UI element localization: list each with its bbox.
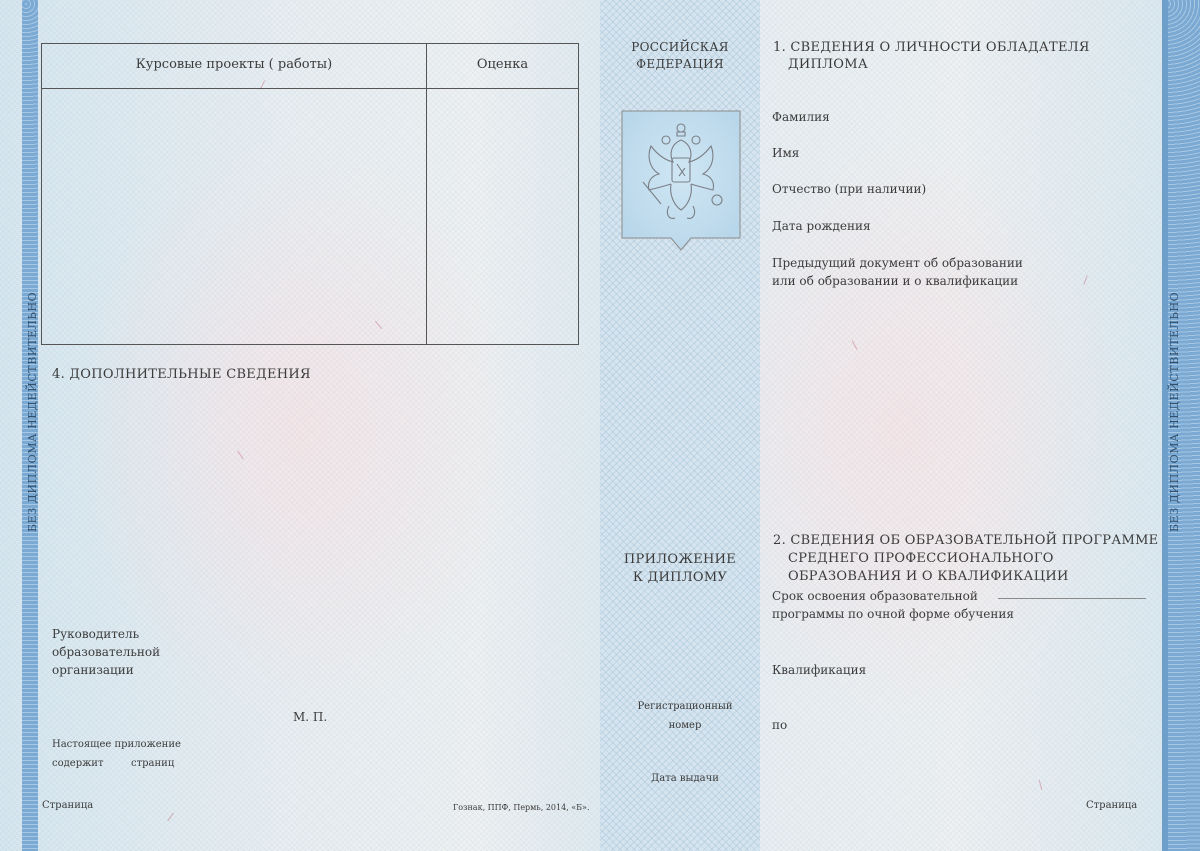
- header-grade: Оценка: [427, 57, 578, 72]
- country-line1: РОССИЙСКАЯ: [600, 40, 760, 54]
- reg-number-label-1: Регистрационный: [600, 701, 770, 712]
- pages-note-pages: страниц: [131, 758, 174, 769]
- section2-title-line1: 2. СВЕДЕНИЯ ОБ ОБРАЗОВАТЕЛЬНОЙ ПРОГРАММЕ: [773, 533, 1158, 548]
- right-strip-text: БЕЗ ДИПЛОМА НЕДЕЙСТВИТЕЛЬНО: [1168, 292, 1181, 532]
- pages-note-line1: Настоящее приложение: [52, 739, 181, 750]
- coursework-cell[interactable]: [42, 89, 426, 344]
- head-label-1: Руководитель: [52, 627, 139, 641]
- left-page-label: Страница: [42, 800, 93, 811]
- pages-note-contains: содержит: [52, 758, 104, 769]
- prev-doc-label-1: Предыдущий документ об образовании: [772, 256, 1023, 270]
- study-period-line[interactable]: [998, 598, 1146, 599]
- printer-imprint: Гознак, ППФ, Пермь, 2014, «Б».: [453, 803, 590, 812]
- qualification-label: Квалификация: [772, 663, 866, 677]
- section2-title-line2: СРЕДНЕГО ПРОФЕССИОНАЛЬНОГО: [788, 551, 1054, 566]
- specialty-prefix: по: [772, 718, 787, 732]
- patronymic-label: Отчество (при наличии): [772, 182, 926, 196]
- section2-title-line3: ОБРАЗОВАНИЯ И О КВАЛИФИКАЦИИ: [788, 569, 1069, 584]
- head-label-2: образовательной: [52, 645, 160, 659]
- section1-title-line1: 1. СВЕДЕНИЯ О ЛИЧНОСТИ ОБЛАДАТЕЛЯ: [773, 40, 1090, 55]
- surname-label: Фамилия: [772, 110, 830, 124]
- appendix-title-line1: ПРИЛОЖЕНИЕ: [600, 552, 760, 567]
- study-period-label-2: программы по очной форме обучения: [772, 607, 1014, 621]
- coursework-table: Курсовые проекты ( работы) Оценка: [41, 43, 579, 345]
- head-label-3: организации: [52, 663, 134, 677]
- issue-date-label: Дата выдачи: [600, 773, 770, 784]
- russian-coat-of-arms-icon: [621, 110, 741, 252]
- right-page-label: Страница: [1086, 800, 1137, 811]
- grade-cell[interactable]: [427, 89, 578, 344]
- name-label: Имя: [772, 146, 799, 160]
- reg-number-label-2: номер: [600, 720, 770, 731]
- header-coursework: Курсовые проекты ( работы): [42, 57, 426, 72]
- country-line2: ФЕДЕРАЦИЯ: [600, 57, 760, 71]
- section1-title-line2: ДИПЛОМА: [788, 57, 868, 72]
- birth-date-label: Дата рождения: [772, 219, 871, 233]
- study-period-label-1: Срок освоения образовательной: [772, 589, 978, 603]
- stamp-place: М. П.: [293, 710, 327, 724]
- left-strip-text: БЕЗ ДИПЛОМА НЕДЕЙСТВИТЕЛЬНО: [26, 292, 39, 532]
- prev-doc-label-2: или об образовании и о квалификации: [772, 274, 1018, 288]
- appendix-title-line2: К ДИПЛОМУ: [600, 570, 760, 585]
- section4-title: 4. ДОПОЛНИТЕЛЬНЫЕ СВЕДЕНИЯ: [52, 367, 311, 382]
